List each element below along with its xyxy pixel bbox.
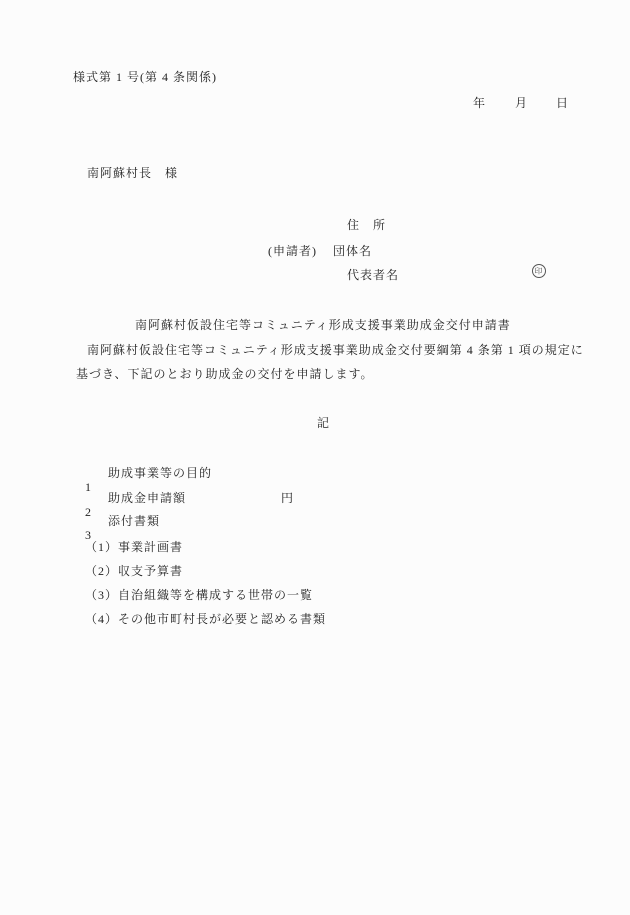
- date-month-label: 月: [515, 96, 528, 110]
- attachment-item-business-plan: （1）事業計画書: [85, 540, 183, 554]
- list-item-label: 助成事業等の目的: [108, 466, 212, 480]
- seal-mark-char: 印: [535, 267, 543, 275]
- list-item-label: 助成金申請額: [108, 491, 186, 505]
- date-line: 年 月 日: [0, 96, 630, 110]
- body-paragraph-line-1: 南阿蘇村仮設住宅等コミュニティ形成支援事業助成金交付要綱第 4 条第 1 項の規…: [87, 343, 584, 357]
- body-paragraph-line-2: 基づき、下記のとおり助成金の交付を申請します。: [76, 367, 374, 381]
- attachment-item-other-documents: （4）その他市町村長が必要と認める書類: [85, 612, 326, 626]
- attachment-item-household-list: （3）自治組織等を構成する世帯の一覧: [85, 588, 313, 602]
- date-day-label: 日: [556, 96, 569, 110]
- document-title: 南阿蘇村仮設住宅等コミュニティ形成支援事業助成金交付申請書: [135, 318, 511, 332]
- application-form-document: { "doc": { "form_number": "様式第 1 号(第 4 条…: [0, 0, 630, 915]
- applicant-org-name-label: 団体名: [333, 244, 372, 258]
- currency-unit-label: 円: [281, 491, 294, 505]
- addressee: 南阿蘇村長 様: [87, 166, 178, 180]
- note-heading: 記: [317, 416, 330, 430]
- applicant-label: (申請者): [268, 244, 317, 258]
- attachment-item-budget: （2）収支予算書: [85, 564, 183, 578]
- applicant-representative-label: 代表者名: [347, 268, 399, 282]
- form-number: 様式第 1 号(第 4 条関係): [73, 70, 217, 84]
- seal-mark-icon: 印: [532, 264, 546, 278]
- date-year-label: 年: [473, 96, 486, 110]
- list-item-label: 添付書類: [108, 514, 160, 528]
- applicant-address-label: 住 所: [347, 218, 386, 232]
